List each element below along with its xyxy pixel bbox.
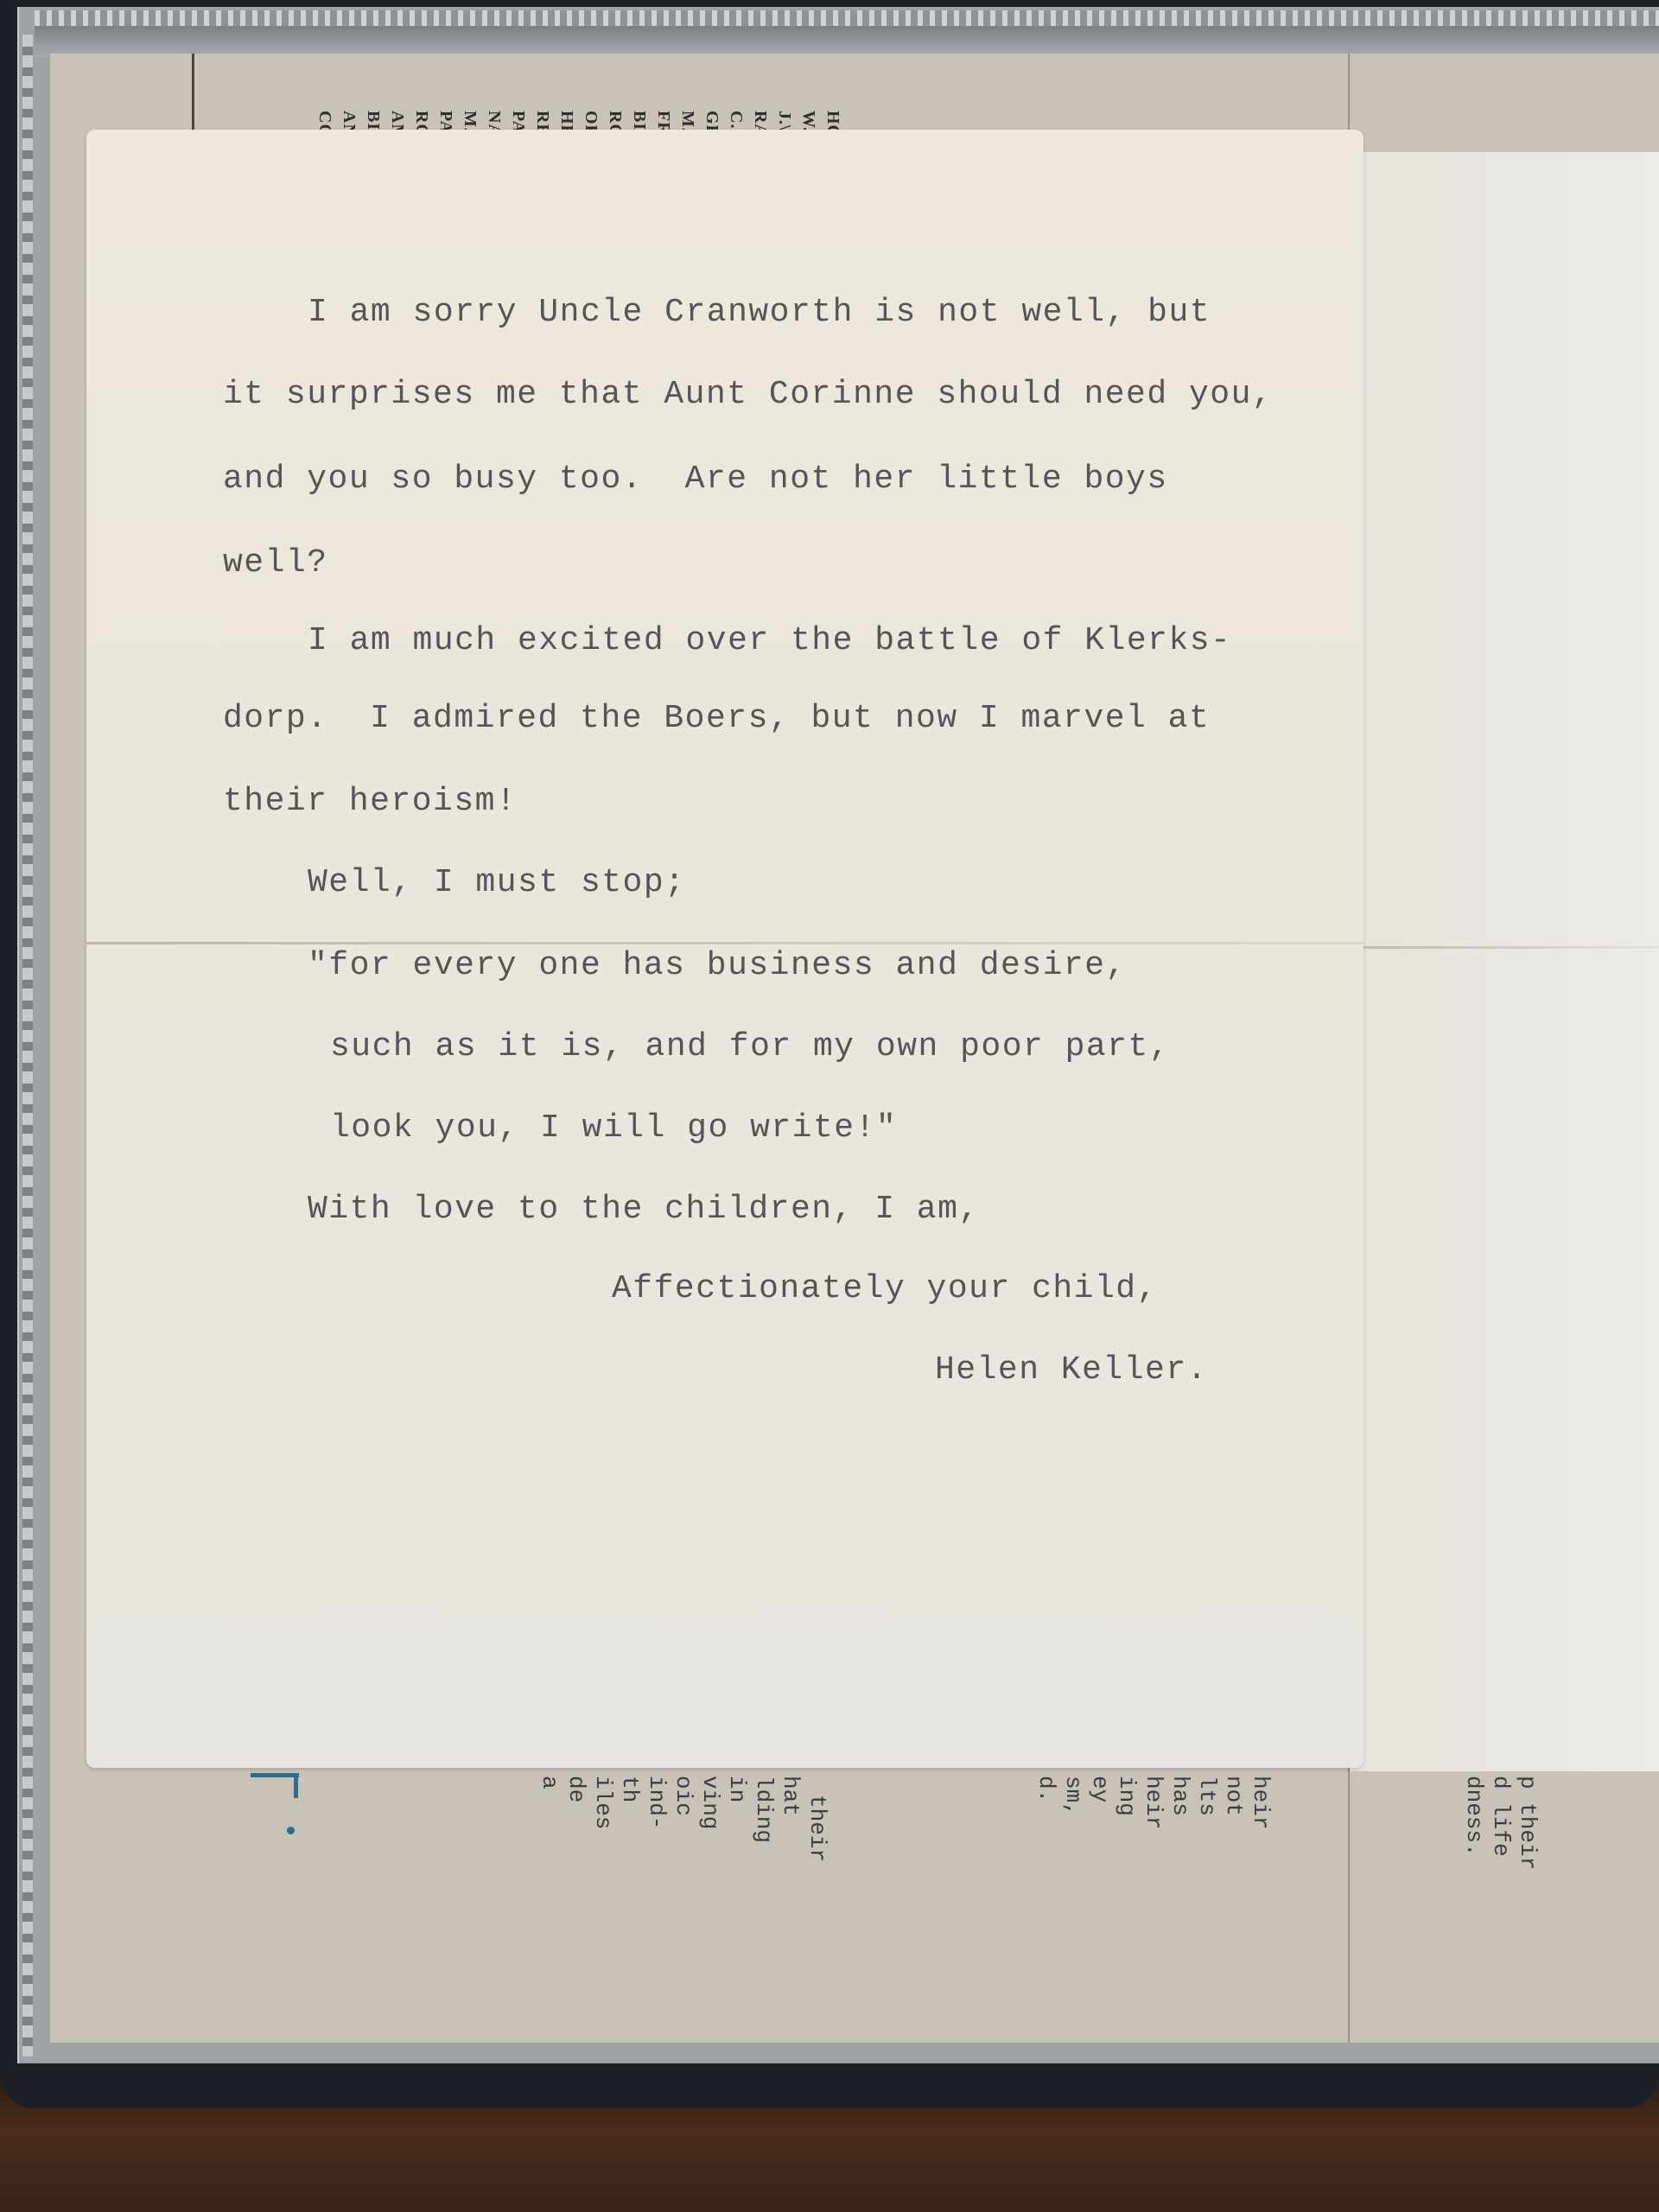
text-fragment: sm, [1059,1776,1086,1948]
text-fragment: d life [1487,1776,1514,1948]
sleeve-top-band [35,26,1659,57]
text-fragment: ing [1113,1776,1140,1948]
letter-line: well? [223,544,328,582]
letter-line: and you so busy too. Are not her little … [223,461,1168,498]
blue-ink-dot [287,1827,295,1834]
text-fragment: oic [670,1776,696,1948]
text-fragment: ving [696,1776,723,1948]
letter-line: dorp. I admired the Boers, but now I mar… [223,700,1210,737]
text-fragment: has [1166,1776,1193,1948]
text-fragment: de [563,1776,589,1948]
text-fragment: d. [1033,1776,1059,1948]
underlying-text-right: p their d life dness. [1460,1776,1541,1948]
right-page-crease [1348,946,1659,949]
text-fragment: in [723,1776,750,1948]
text-fragment: a [536,1776,563,1948]
letter-line: With love to the children, I am, [308,1191,980,1228]
underlying-text-middle: heir not lts has heir ing ey sm, d. [1033,1776,1274,1948]
letter-closing: Affectionately your child, [612,1270,1158,1307]
text-fragment: hat [777,1776,804,1948]
blue-ink-mark [251,1773,299,1803]
letter-line: Well, I must stop; [308,864,685,901]
text-fragment: ind- [643,1776,670,1948]
quote-line: such as it is, and for my own poor part, [330,1028,1170,1065]
text-fragment: lding [750,1776,777,1948]
text-fragment: their [804,1776,830,1948]
text-fragment: th [616,1776,643,1948]
text-fragment: lts [1193,1776,1220,1948]
text-fragment: heir [1140,1776,1166,1948]
text-fragment: iles [589,1776,616,1948]
letter-body: I am sorry Uncle Cranworth is not well, … [86,130,1363,1768]
underlying-text-left: their hat lding in ving oic ind- th iles… [536,1776,830,1948]
text-fragment: heir [1247,1776,1274,1948]
text-fragment: ey [1086,1776,1113,1948]
letter-line: it surprises me that Aunt Corinne should… [223,376,1273,413]
quote-line: "for every one has business and desire, [308,947,1127,984]
letterhead-rule [192,54,194,131]
text-fragment: p their [1514,1776,1541,1948]
quote-line: look you, I will go write!" [330,1109,897,1147]
right-page [1348,152,1659,1771]
letter-signature: Helen Keller. [935,1351,1208,1389]
text-fragment: dness. [1460,1776,1487,1948]
letter-line: I am much excited over the battle of Kle… [308,622,1231,659]
letter-line: I am sorry Uncle Cranworth is not well, … [308,294,1211,331]
letter-line: their heroism! [223,783,517,820]
sleeve-perforation-left [22,35,33,2056]
text-fragment: not [1220,1776,1247,1948]
typewritten-letter: I am sorry Uncle Cranworth is not well, … [86,130,1363,1768]
sleeve-perforation-top [35,10,1659,26]
